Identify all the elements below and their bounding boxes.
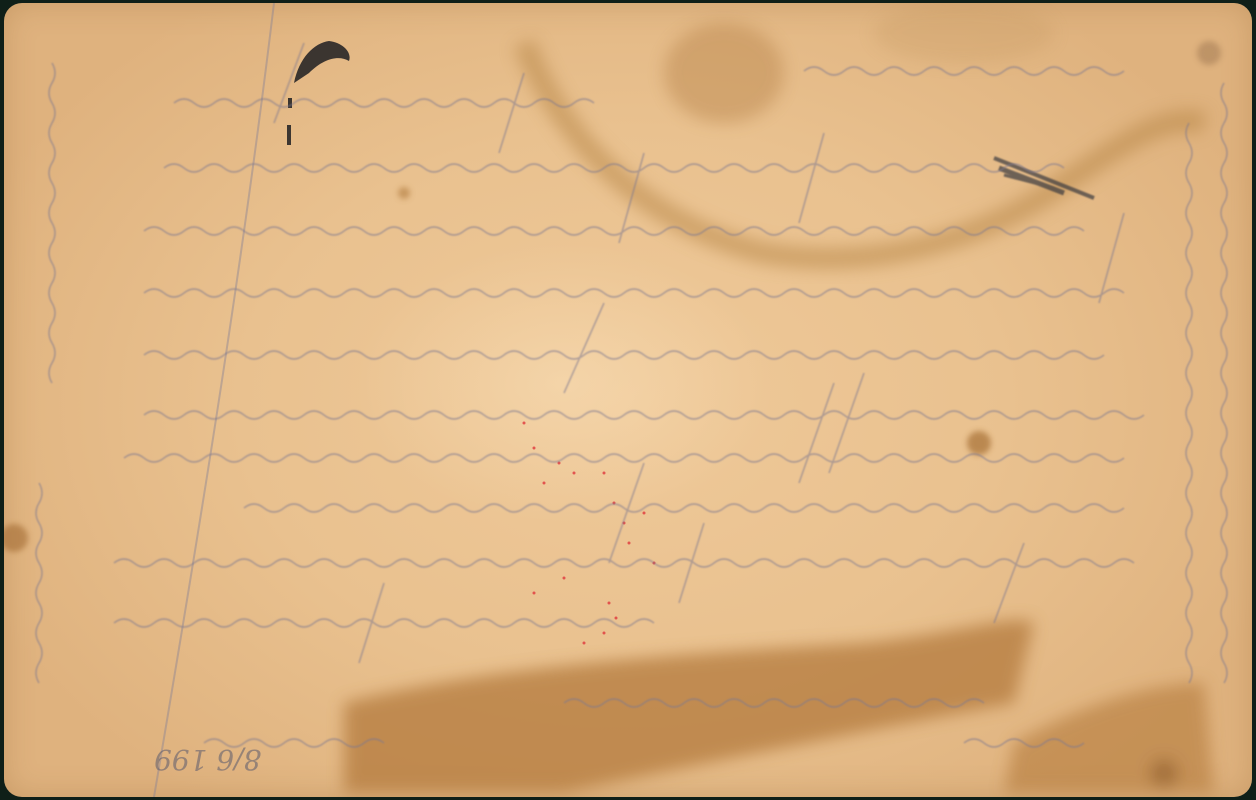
red-ink-marks: [523, 422, 656, 645]
fold-line: [154, 3, 274, 797]
handwriting: [36, 43, 1227, 747]
ink-smudge: [287, 41, 350, 145]
stains-layer: [4, 3, 1252, 797]
bottom-stain: [344, 620, 1214, 793]
date-mark: 8/6 199: [154, 743, 261, 776]
postcard: 8/6 199: [4, 3, 1252, 797]
